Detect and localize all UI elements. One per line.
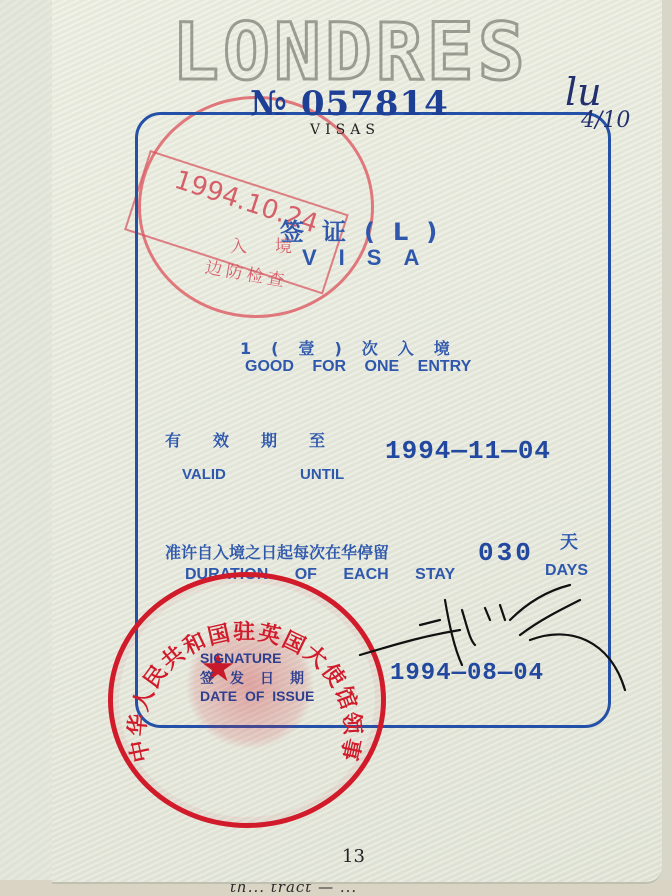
officer-signature xyxy=(350,580,640,700)
visas-label: VISAS xyxy=(310,122,380,138)
issue-date-label-en: DATE OF ISSUE xyxy=(200,688,314,704)
days-cn: 天 xyxy=(560,528,578,554)
visa-title-en: VISA xyxy=(302,245,441,271)
issue-date-label-cn: 签发日期 xyxy=(200,668,320,688)
perforation-text: LONDRES xyxy=(172,14,529,92)
days-en: DAYS xyxy=(545,562,588,580)
number-value: 057814 xyxy=(301,84,449,124)
entries-en: GOOD FOR ONE ENTRY xyxy=(245,358,471,376)
valid-until-en: VALID UNTIL xyxy=(182,466,344,483)
visa-title-cn: 签证(L) xyxy=(280,212,455,247)
stay-duration-cn: 准许自入境之日起每次在华停留 xyxy=(165,540,389,563)
entries-cn: 1(壹)次入境 xyxy=(240,336,470,359)
stay-days-value: 030 xyxy=(478,538,534,568)
valid-until-date: 1994—11—04 xyxy=(385,436,551,466)
page-number: 13 xyxy=(342,846,365,867)
signature-label: SIGNATURE xyxy=(200,650,281,666)
visa-number: № 057814 xyxy=(250,84,449,124)
handwritten-note: lu 4/10 xyxy=(565,70,630,133)
facing-page xyxy=(0,0,54,880)
handwritten-date: 4/10 xyxy=(581,108,630,133)
number-prefix: № xyxy=(250,84,288,124)
valid-until-cn: 有效期至 xyxy=(165,428,357,451)
